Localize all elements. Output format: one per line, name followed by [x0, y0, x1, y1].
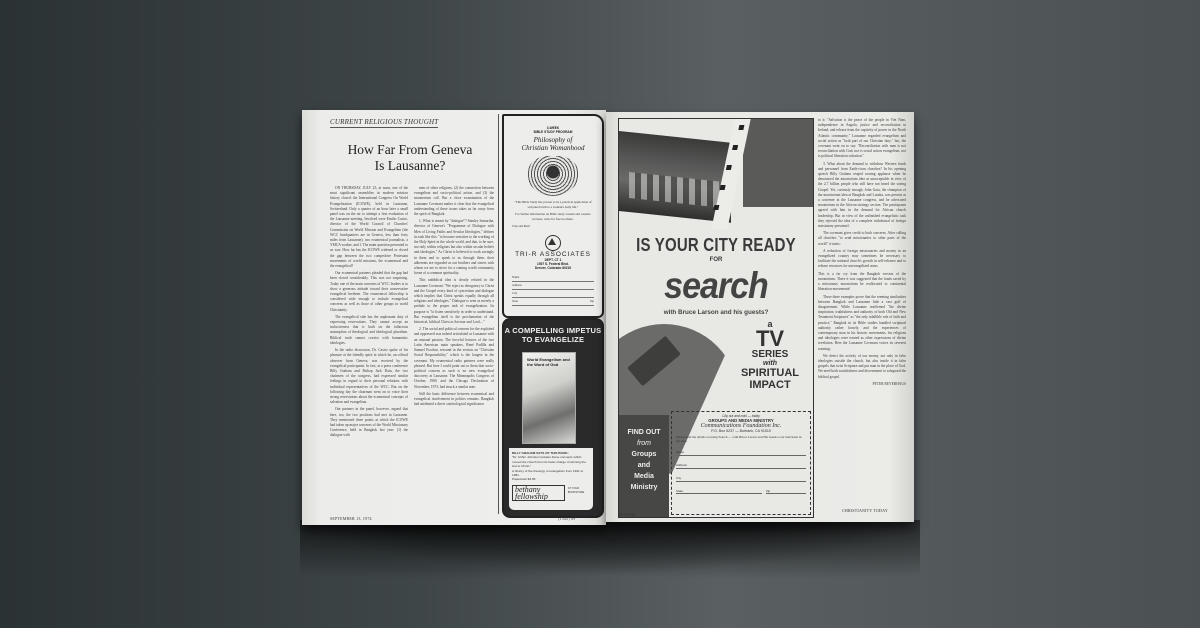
- name-field[interactable]: Name: [676, 444, 806, 456]
- ad-headline: A COMPELLING IMPETUS TO EVANGELIZE: [504, 320, 602, 344]
- article-column-2: men of other religions, (2) the connecti…: [414, 186, 494, 512]
- paragraph: ON THURSDAY, JULY 25, at noon, one of th…: [330, 186, 408, 269]
- headline-text: IS YOUR CITY READY: [619, 235, 813, 255]
- paragraph: 2. The social and political concern for …: [414, 327, 494, 389]
- footer-page-number: 90 [1346]: [618, 512, 635, 517]
- coupon-request: Please send me details on using Search —…: [676, 435, 806, 443]
- ad-quote: "This Bible Study has proven to be a pra…: [504, 200, 602, 209]
- tv-word: TV: [735, 329, 805, 349]
- find-out-line: from: [619, 438, 669, 449]
- mail-coupon: Clip out and mail — today GROUPS AND MED…: [671, 411, 811, 515]
- footer-publication: CHRISTIANITY TODAY: [842, 508, 888, 513]
- sprocket-icon: [720, 185, 726, 190]
- book-cover-image: World Evangelism and the Word of God: [522, 352, 576, 444]
- tv-series-text: a TV SERIES with SPIRITUAL IMPACT: [735, 319, 805, 391]
- book-title: World Evangelism and the Word of God: [523, 353, 575, 371]
- block-quote: We detect the activity of our enemy, not…: [818, 354, 906, 380]
- author-signature: PETER BEYERHAUS: [818, 382, 906, 387]
- paragraph: This unbiblical idea is clearly refuted …: [414, 278, 494, 325]
- article-title: How Far From Geneva Is Lausanne?: [330, 142, 490, 174]
- address-field[interactable]: Address: [512, 282, 594, 290]
- page-shadow: [300, 520, 920, 580]
- paragraph: Our partners in the panel, however, argu…: [330, 407, 408, 438]
- with-word: with: [735, 360, 805, 367]
- article-column-3: to it: "Salvation is the peace of the pe…: [818, 118, 906, 510]
- publisher-logo: bethany fellowship: [512, 485, 565, 501]
- zip-field[interactable]: Zip: [766, 483, 806, 494]
- ad-form: Name Address City State Zip: [504, 271, 602, 309]
- state-field[interactable]: State: [676, 483, 762, 494]
- find-out-line: Media: [619, 471, 669, 482]
- paragraph: The evangelical side has the unpleasant …: [330, 315, 408, 346]
- ad-clip-note: Clip and Mail: [504, 224, 602, 229]
- sprocket-icon: [713, 205, 719, 210]
- series-word: SERIES: [735, 349, 805, 360]
- ad-info: For further information on Bible study c…: [504, 212, 602, 221]
- ornament-icon: [528, 156, 578, 196]
- ad-text-panel: BILLY GRAHAM SAYS OF THIS BOOK: "Dr. Art…: [509, 448, 593, 510]
- spiritual-word: SPIRITUAL: [735, 367, 805, 379]
- footer-date: SEPTEMBER 13, 1974: [330, 516, 372, 521]
- paragraph: 3. What about the demand to withdraw Wes…: [818, 162, 906, 230]
- paragraph: These three examples prove that the seem…: [818, 295, 906, 352]
- ad-headline: IS YOUR CITY READY FOR: [619, 237, 813, 263]
- publisher-row: bethany fellowship AT YOUR BOOKSTORE: [512, 482, 590, 501]
- ad-christian-womanhood: 3-WEEK BIBLE STUDY PROGRAM Philosophy of…: [502, 114, 604, 318]
- sprocket-icon: [726, 165, 732, 170]
- find-out-line: and: [619, 460, 669, 471]
- state-zip-row: State Zip: [676, 483, 806, 494]
- paragraph: Our ecumenical partners pleaded that the…: [330, 271, 408, 313]
- film-backdrop: [743, 119, 813, 207]
- column-divider: [498, 114, 499, 514]
- paragraph: men of other religions, (2) the connecti…: [414, 186, 494, 217]
- find-out-line: Groups: [619, 449, 669, 460]
- ad-title-line: Christian Womanhood: [504, 144, 602, 152]
- ad-company: TRI-R ASSOCIATES: [504, 251, 602, 258]
- name-field[interactable]: Name: [512, 274, 594, 282]
- state-field[interactable]: State: [512, 298, 518, 305]
- find-out-panel: FIND OUT from Groups and Media Ministry: [619, 415, 669, 517]
- headline-for: FOR: [619, 257, 813, 263]
- address-field[interactable]: Address: [676, 457, 806, 469]
- coupon-address: P.O. Box 6237 — Burbank, CA 91510: [676, 429, 806, 433]
- section-heading: CURRENT RELIGIOUS THOUGHT: [330, 118, 438, 128]
- title-line-2: Is Lausanne?: [330, 158, 490, 174]
- headline-line: TO EVANGELIZE: [504, 335, 602, 344]
- blurb: "Dr. Arthur Johnston isolates those conc…: [512, 455, 590, 468]
- show-subhead: with Bruce Larson and his guests?: [619, 309, 813, 316]
- ad-kicker: BIBLE STUDY PROGRAM: [504, 130, 602, 134]
- article-column-1: ON THURSDAY, JULY 25, at noon, one of th…: [330, 186, 408, 512]
- ad-search-tv-series: IS YOUR CITY READY FOR search with Bruce…: [618, 118, 814, 518]
- ad-compelling-impetus: A COMPELLING IMPETUS TO EVANGELIZE World…: [502, 318, 604, 518]
- footer-page-number: [1345] 89: [558, 516, 575, 521]
- tri-r-logo-icon: [545, 235, 561, 251]
- city-field[interactable]: City: [512, 290, 594, 298]
- paragraph: This is a far cry from the Bangkok versi…: [818, 272, 906, 293]
- find-out-line: FIND OUT: [619, 427, 669, 438]
- right-page: IS YOUR CITY READY FOR search with Bruce…: [606, 112, 914, 522]
- paragraph: In the radio discussion, Dr. Castro spok…: [330, 348, 408, 405]
- history-note: A history of the theology of evangelism …: [512, 469, 590, 478]
- sprocket-icon: [738, 125, 744, 130]
- paragraph: Still the basic difference between ecume…: [414, 392, 494, 408]
- headline-line: A COMPELLING IMPETUS: [504, 326, 602, 335]
- publisher-tag: AT YOUR BOOKSTORE: [568, 487, 590, 496]
- city-field[interactable]: City: [676, 470, 806, 482]
- impact-word: IMPACT: [735, 379, 805, 391]
- sprocket-icon: [732, 145, 738, 150]
- state-zip-row: State Zip: [512, 298, 594, 306]
- paragraph: 1. What is meant by "dialogue"? Stanley …: [414, 219, 494, 276]
- ad-title-line: Philosophy of: [504, 136, 602, 144]
- find-out-line: Ministry: [619, 482, 669, 493]
- title-line-1: How Far From Geneva: [330, 142, 490, 158]
- show-name: search: [619, 265, 813, 308]
- paragraph: The covenant gives credit to both concer…: [818, 231, 906, 247]
- block-quote: A reduction of foreign missionaries and …: [818, 249, 906, 270]
- ad-title: Philosophy of Christian Womanhood: [504, 136, 602, 152]
- left-page: CURRENT RELIGIOUS THOUGHT How Far From G…: [302, 110, 606, 525]
- paragraph: to it: "Salvation is the peace of the pe…: [818, 118, 906, 160]
- zip-field[interactable]: Zip: [590, 298, 594, 305]
